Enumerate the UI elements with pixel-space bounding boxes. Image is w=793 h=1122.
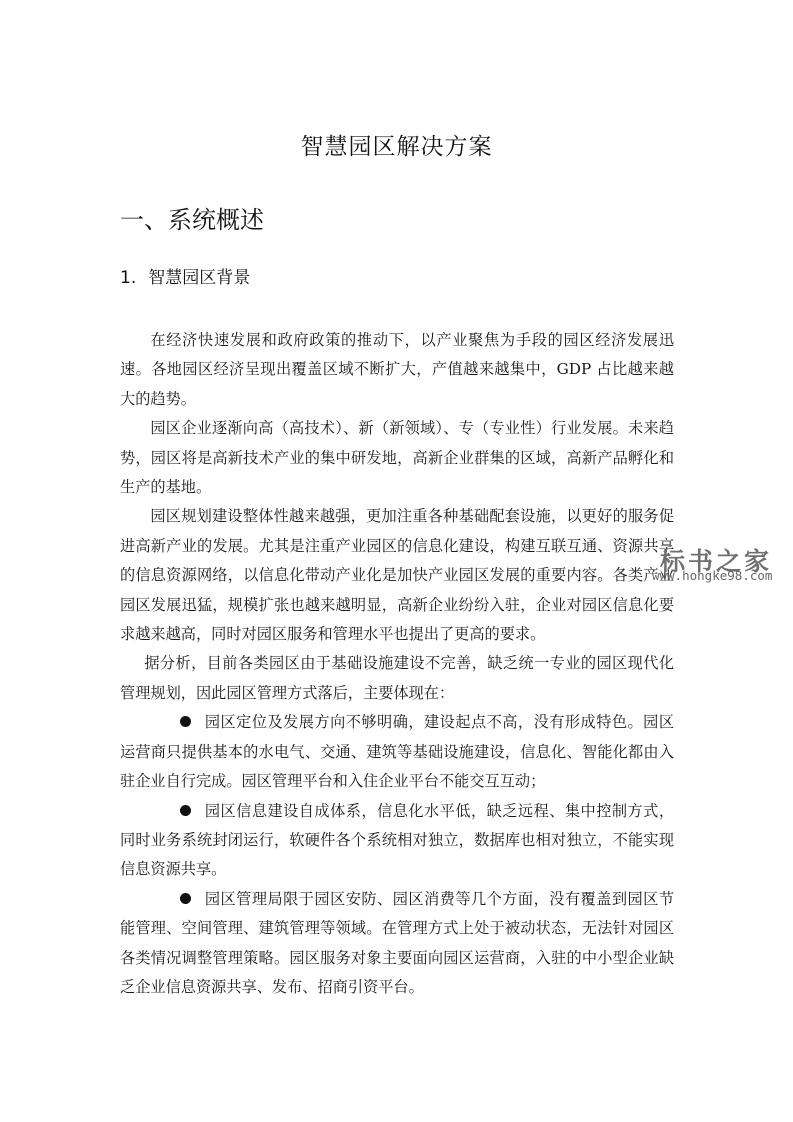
- bullet-icon: [180, 893, 191, 904]
- watermark-logo: 标书之家 www.hongke98.com: [654, 542, 793, 588]
- paragraph: 园区规划建设整体性越来越强，更加注重各种基础配套设施，以更好的服务促进高新产业的…: [120, 502, 674, 649]
- watermark-url: www.hongke98.com: [652, 568, 772, 583]
- paragraph: 据分析，目前各类园区由于基础设施建设不完善，缺乏统一专业的园区现代化管理规划，因…: [120, 649, 674, 708]
- bullet-item: 园区管理局限于园区安防、园区消费等几个方面，没有覆盖到园区节能管理、空间管理、建…: [120, 885, 674, 1003]
- subsection-number: 1.: [120, 268, 136, 288]
- document-page: 智慧园区解决方案 一、系统概述 1.智慧园区背景 在经济快速发展和政府政策的推动…: [0, 0, 793, 1122]
- subsection-heading: 1.智慧园区背景: [120, 263, 250, 288]
- section-heading: 一、系统概述: [120, 200, 264, 235]
- bullet-icon: [180, 805, 191, 816]
- bullet-text: 园区信息建设自成体系，信息化水平低，缺乏远程、集中控制方式，同时业务系统封闭运行…: [120, 802, 674, 879]
- bullet-icon: [180, 716, 191, 727]
- paragraph: 园区企业逐渐向高（高技术）、新（新领域）、专（专业性）行业发展。未来趋势，园区将…: [120, 414, 674, 502]
- bullet-text: 园区定位及发展方向不够明确，建设起点不高，没有形成特色。园区运营商只提供基本的水…: [120, 713, 674, 790]
- bullet-item: 园区定位及发展方向不够明确，建设起点不高，没有形成特色。园区运营商只提供基本的水…: [120, 708, 674, 796]
- bullet-text: 园区管理局限于园区安防、园区消费等几个方面，没有覆盖到园区节能管理、空间管理、建…: [120, 890, 674, 996]
- document-body: 在经济快速发展和政府政策的推动下，以产业聚焦为手段的园区经济发展迅速。各地园区经…: [120, 326, 674, 1002]
- document-title: 智慧园区解决方案: [0, 128, 793, 161]
- subsection-label: 智慧园区背景: [148, 268, 250, 288]
- paragraph: 在经济快速发展和政府政策的推动下，以产业聚焦为手段的园区经济发展迅速。各地园区经…: [120, 326, 674, 414]
- bullet-item: 园区信息建设自成体系，信息化水平低，缺乏远程、集中控制方式，同时业务系统封闭运行…: [120, 797, 674, 885]
